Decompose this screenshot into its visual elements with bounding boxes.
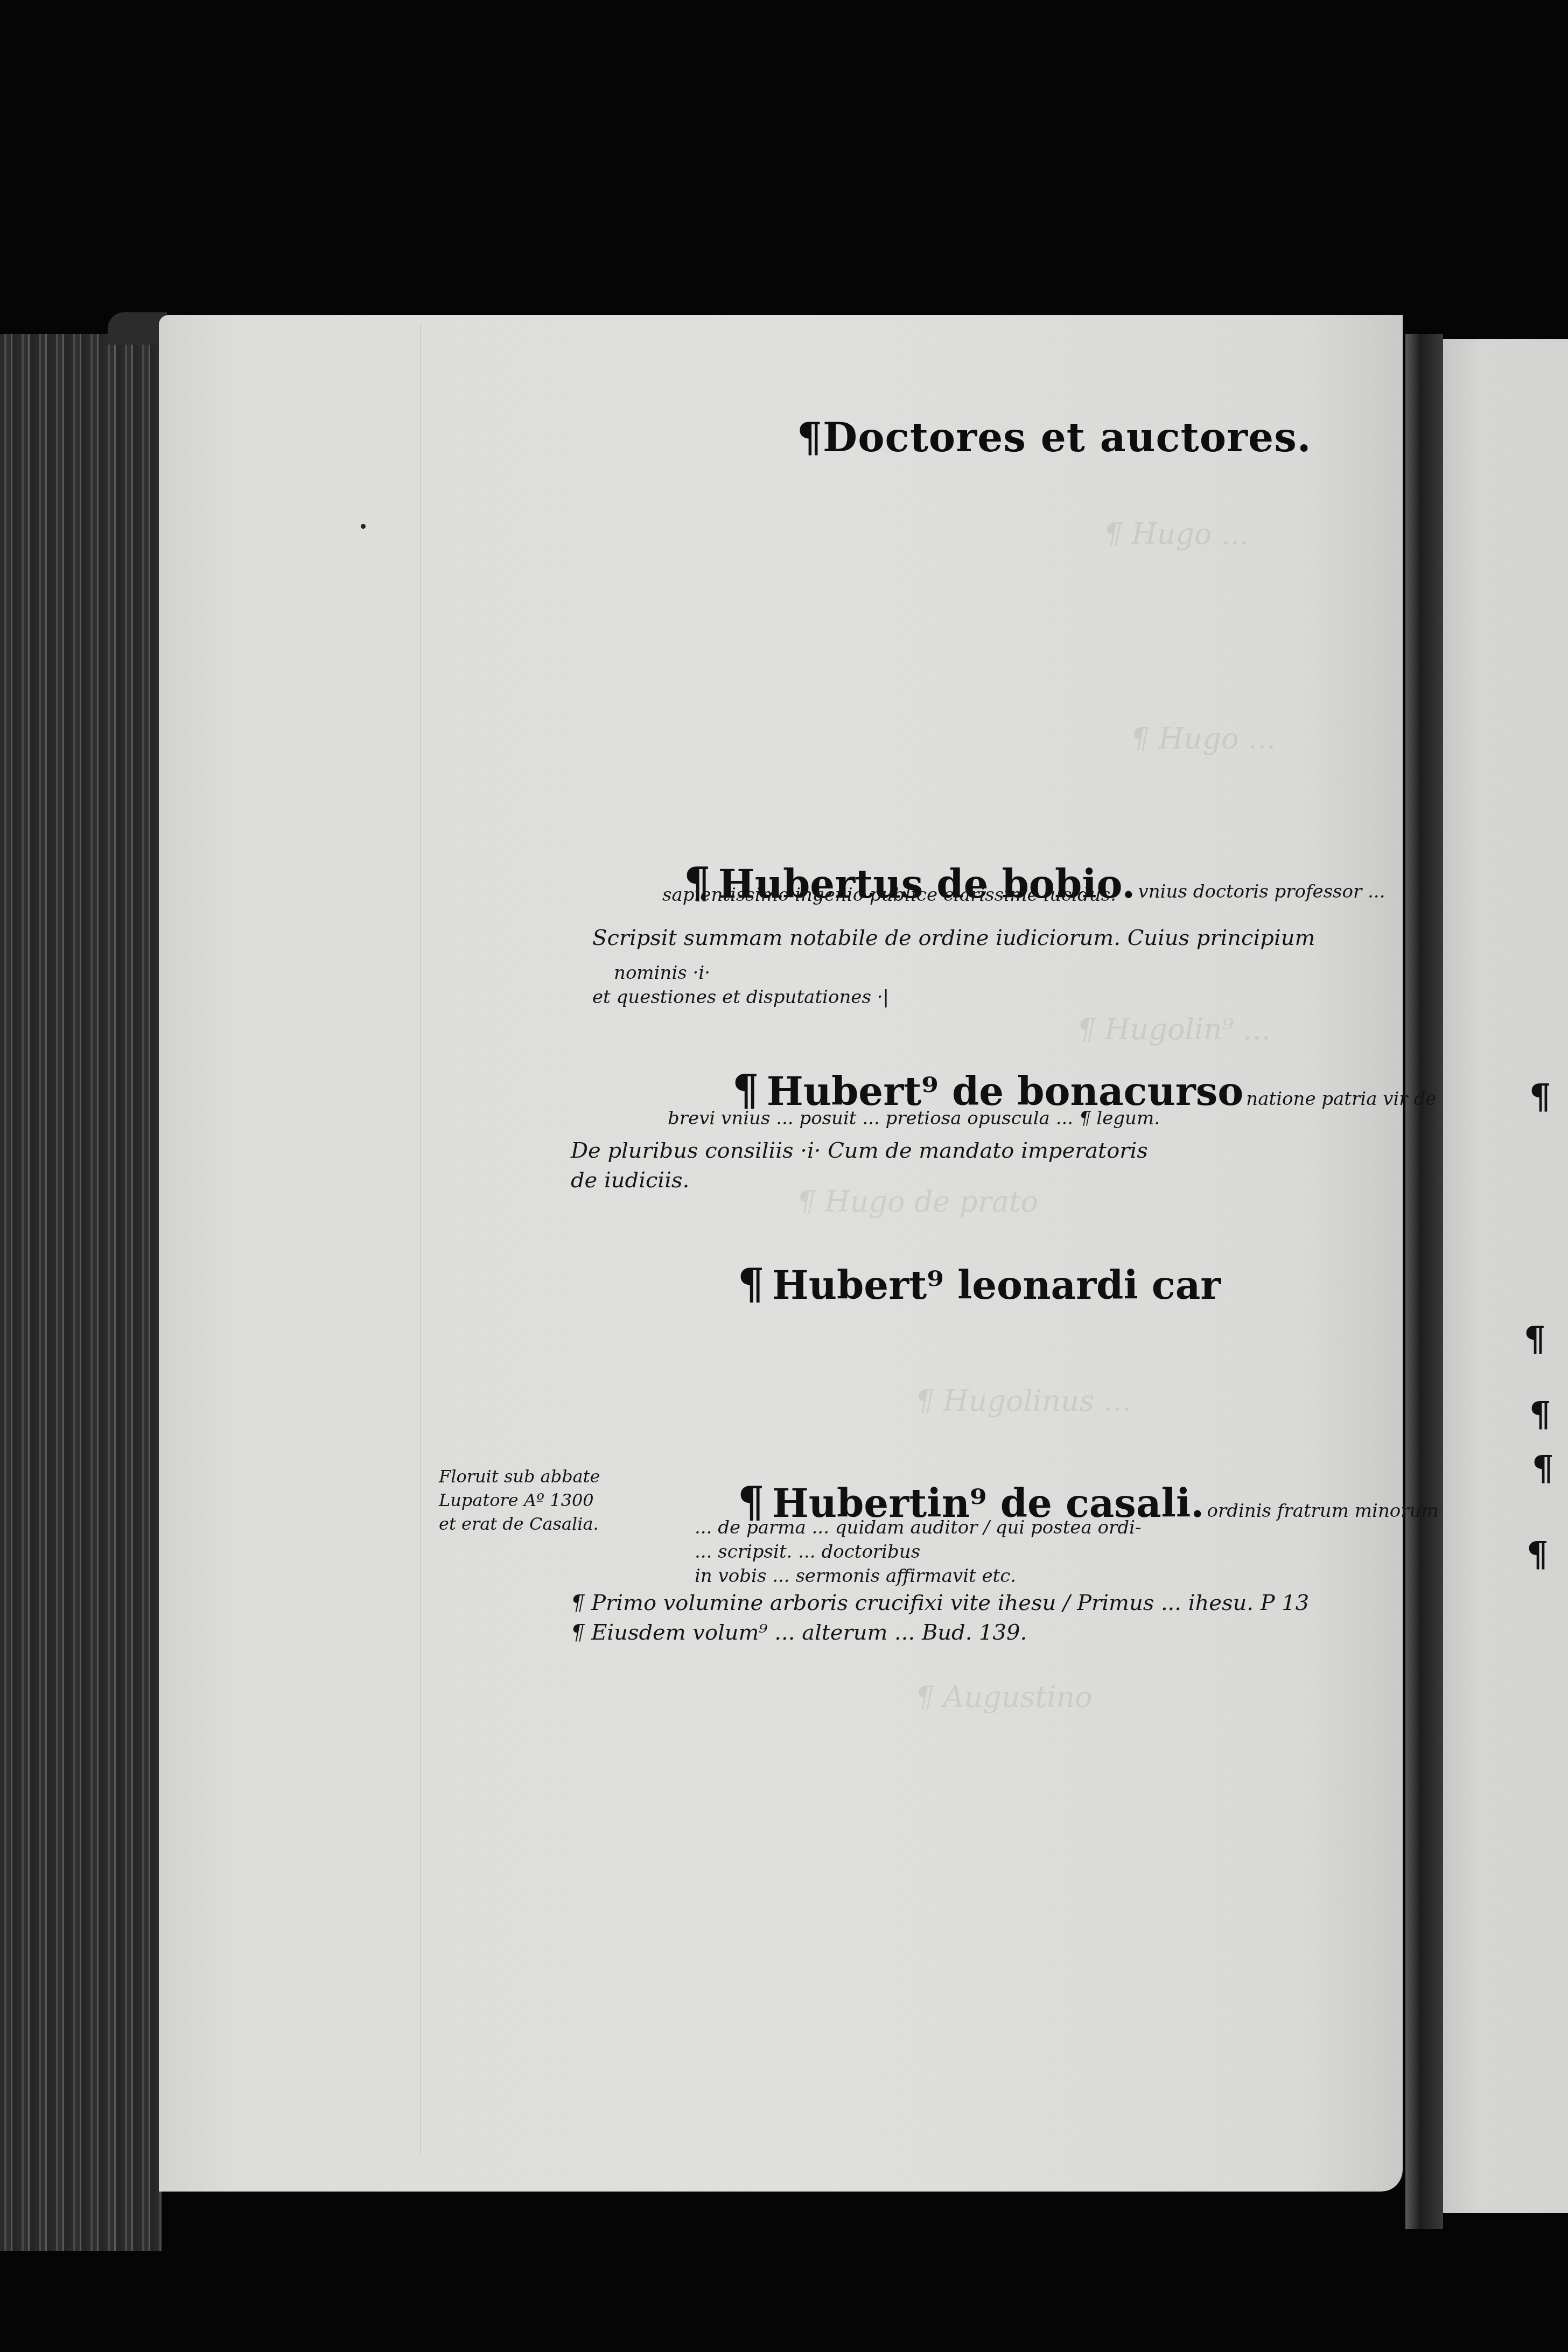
- facing-page-ink: ¶: [1527, 1535, 1549, 1575]
- page-header: ¶Doctores et auctores.: [797, 415, 1312, 461]
- entry-text: vnius doctoris professor ...: [1138, 881, 1385, 902]
- facing-page-ink: ¶: [1529, 1077, 1551, 1117]
- book-fore-edge: [0, 334, 162, 2251]
- show-through-text: ¶ Hugo ...: [1104, 517, 1249, 551]
- margin-note-line: Floruit sub abbate: [439, 1465, 600, 1488]
- pilcrow-icon: ¶: [738, 1260, 765, 1309]
- facing-page-ink: ¶: [1524, 1319, 1546, 1360]
- show-through-text: ¶ Augustino: [915, 1680, 1093, 1714]
- margin-note-line: et erat de Casalia.: [439, 1512, 600, 1536]
- show-through-text: ¶ Hugolinus ...: [915, 1384, 1131, 1418]
- facing-page-ink: ¶: [1532, 1448, 1554, 1489]
- entry-text: nominis ·i·: [614, 961, 710, 985]
- ink-spot: [361, 524, 366, 529]
- page-ruling: [420, 323, 421, 2154]
- entry-text: Scripsit summam notabile de ordine iudic…: [592, 923, 1315, 953]
- entry-title: Hubert⁹ leonardi car: [772, 1262, 1221, 1308]
- entry-text: De pluribus consiliis ·i· Cum de mandato…: [571, 1136, 1148, 1165]
- entry-text: ... de parma ... quidam auditor / qui po…: [695, 1516, 1141, 1539]
- show-through-text: ¶ Hugo de prato: [797, 1185, 1038, 1219]
- entry-text: ... scripsit. ... doctoribus: [695, 1540, 920, 1564]
- book-fore-edge-top: [108, 312, 167, 345]
- entry-text: in vobis ... sermonis affirmavit etc.: [695, 1564, 1016, 1588]
- margin-note-line: Lupatore Aº 1300: [439, 1488, 600, 1512]
- entry-hubertus-leonardi: ¶Hubert⁹ leonardi car: [738, 1260, 1221, 1309]
- facing-page: ¶ ¶ ¶ ¶ ¶: [1422, 339, 1568, 2213]
- entry-text: ¶ Primo volumine arboris crucifixi vite …: [571, 1588, 1309, 1618]
- manuscript-page: [159, 315, 1403, 2192]
- margin-note: Floruit sub abbate Lupatore Aº 1300 et e…: [439, 1465, 600, 1536]
- show-through-text: ¶ Hugolin⁹ ...: [1077, 1012, 1271, 1046]
- show-through-text: ¶ Hugo ...: [1131, 722, 1276, 755]
- entry-text: ¶ Eiusdem volum⁹ ... alterum ... Bud. 13…: [571, 1618, 1027, 1647]
- gutter-shadow: [1405, 334, 1443, 2229]
- entry-text: ordinis fratrum minorum: [1207, 1500, 1438, 1522]
- entry-text: sapientissimo ingenio publice clarissime…: [662, 883, 1116, 907]
- entry-text: brevi vnius ... posuit ... pretiosa opus…: [668, 1107, 1160, 1130]
- entry-text: de iudiciis.: [571, 1166, 689, 1195]
- facing-page-ink: ¶: [1529, 1395, 1551, 1435]
- entry-text: et questiones et disputationes ·|: [592, 985, 889, 1009]
- entry-text: natione patria vir de: [1246, 1088, 1436, 1110]
